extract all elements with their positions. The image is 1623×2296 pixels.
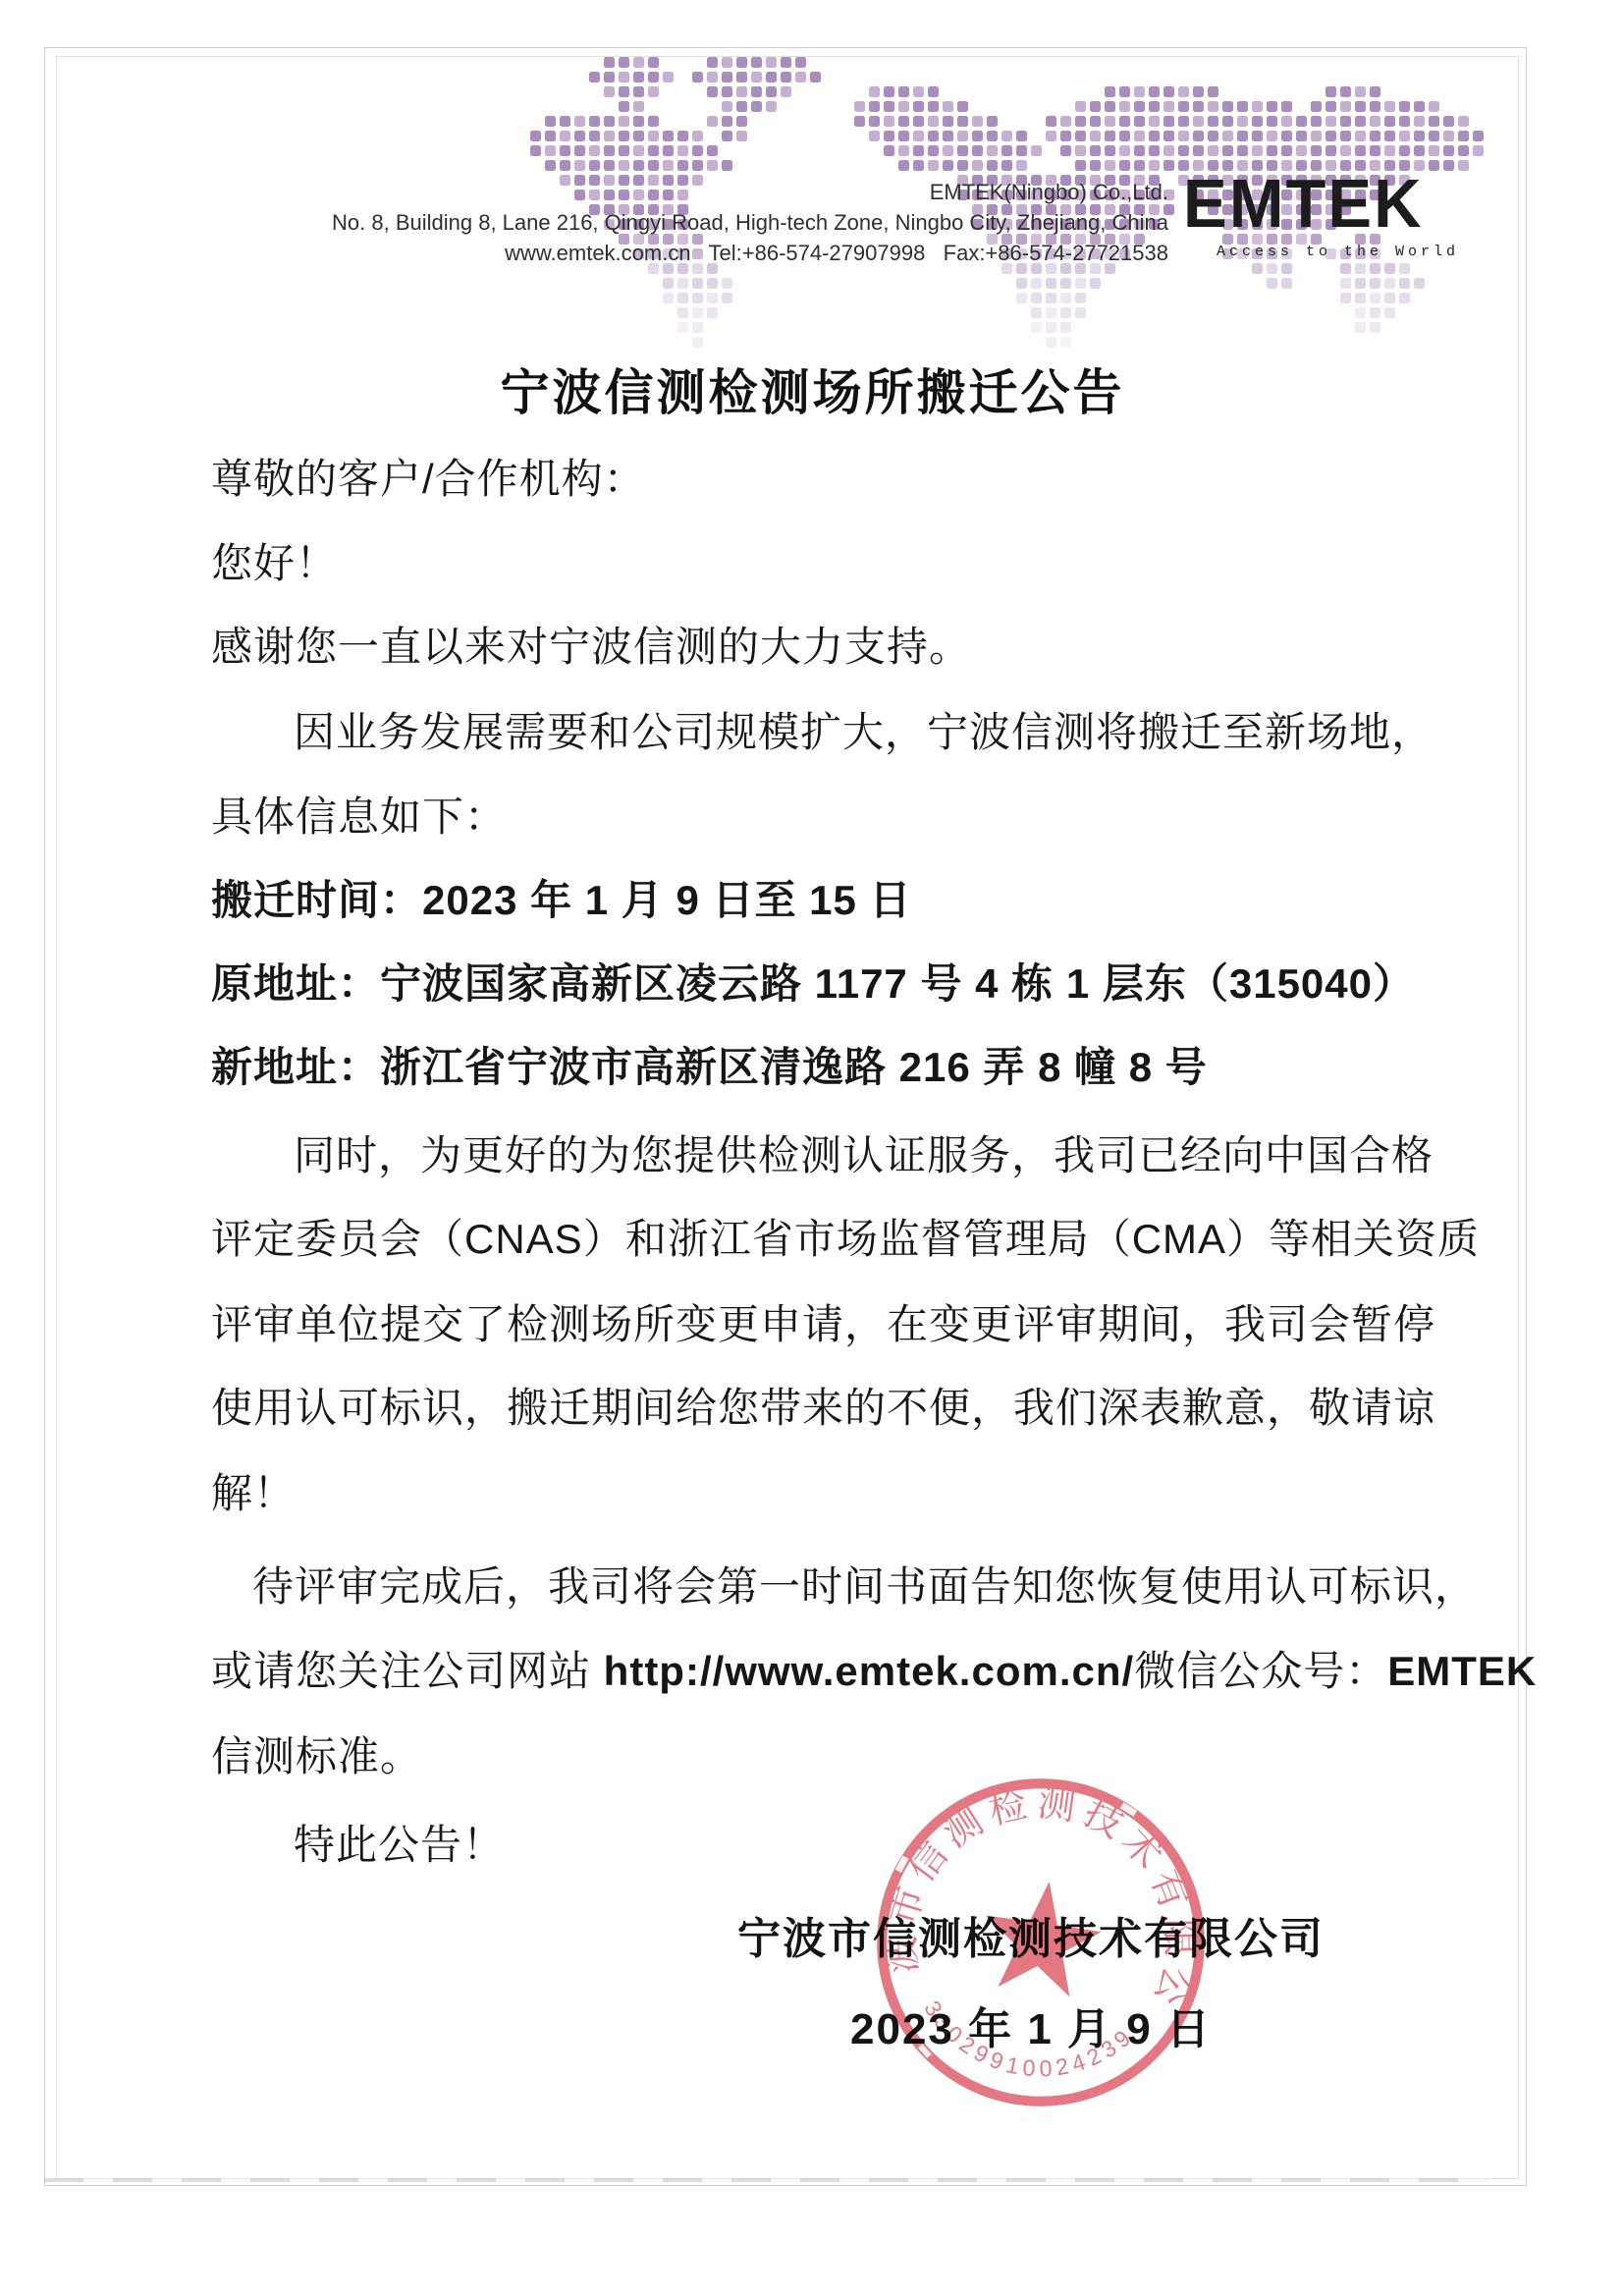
letterhead-address-block: EMTEK(Ningbo) Co.,Ltd. No. 8, Building 8… [295,177,1168,268]
paragraph3-line3: 信测标准。 [211,1724,1429,1783]
paragraph1-line2: 具体信息如下： [211,785,1429,844]
paragraph2-line2: 评定委员会（CNAS）和浙江省市场监督管理局（CMA）等相关资质 [211,1207,1429,1266]
emtek-logo-wordmark: EMTEK [1183,172,1478,238]
emtek-logo: EMTEK Access to the World [1183,173,1478,260]
greeting-line: 您好！ [211,531,1429,590]
paragraph2-line1: 同时，为更好的为您提供检测认证服务，我司已经向中国合格 [294,1123,1511,1182]
svg-text:宁波市信测检测技术有限公司: 宁波市信测检测技术有限公司 [862,1764,1219,2018]
scanned-letter-page: { "header": { "company_en": "EMTEK(Ningb… [0,0,1623,2296]
move-time-line: 搬迁时间：2023 年 1 月 9 日至 15 日 [211,868,1429,927]
new-address-line: 新地址：浙江省宁波市高新区清逸路 216 弄 8 幢 8 号 [211,1035,1429,1094]
seal-serial-number: 33029910024239 [911,1994,1141,2096]
page-title: 宁波信测检测场所搬迁公告 [211,354,1414,424]
paragraph3-line2: 或请您关注公司网站 http://www.emtek.com.cn/微信公众号：… [211,1639,1429,1698]
paragraph2-line4: 使用认可标识，搬迁期间给您带来的不便，我们深表歉意，敬请谅 [211,1376,1429,1435]
svg-text:33029910024239: 33029910024239 [911,1994,1141,2096]
paragraph3-line1: 待评审完成后，我司将会第一时间书面告知您恢复使用认可标识， [252,1555,1470,1613]
salutation-line: 尊敬的客户/合作机构： [211,447,1429,506]
emtek-logo-tagline: Access to the World [1217,244,1478,260]
seal-star-icon [976,1874,1108,2000]
seal-ring-text: 宁波市信测检测技术有限公司 [862,1764,1219,2018]
scan-artifact-line [44,2178,1488,2182]
letterhead-street-address: No. 8, Building 8, Lane 216, Qingyi Road… [295,207,1168,238]
thanks-line: 感谢您一直以来对宁波信测的大力支持。 [211,615,1429,674]
company-seal-stamp: 宁波市信测检测技术有限公司 33029910024239 [862,1764,1219,2121]
website-url-text: http://www.emtek.com.cn/ [604,1648,1135,1694]
paragraph1-line1: 因业务发展需要和公司规模扩大，宁波信测将搬迁至新场地， [294,700,1511,759]
letterhead-contact-line: www.emtek.com.cn Tel:+86-574-27907998 Fa… [295,238,1168,268]
letterhead-company-name: EMTEK(Ningbo) Co.,Ltd. [295,177,1168,207]
wechat-account-name: EMTEK [1387,1648,1537,1694]
website-label: 或请您关注公司网站 [211,1648,604,1694]
wechat-label: 微信公众号： [1134,1648,1387,1694]
old-address-line: 原地址：宁波国家高新区凌云路 1177 号 4 栋 1 层东（315040） [211,952,1429,1011]
paragraph2-line3: 评审单位提交了检测场所变更申请，在变更评审期间，我司会暂停 [211,1292,1429,1351]
paragraph2-line5: 解！ [211,1461,1429,1520]
